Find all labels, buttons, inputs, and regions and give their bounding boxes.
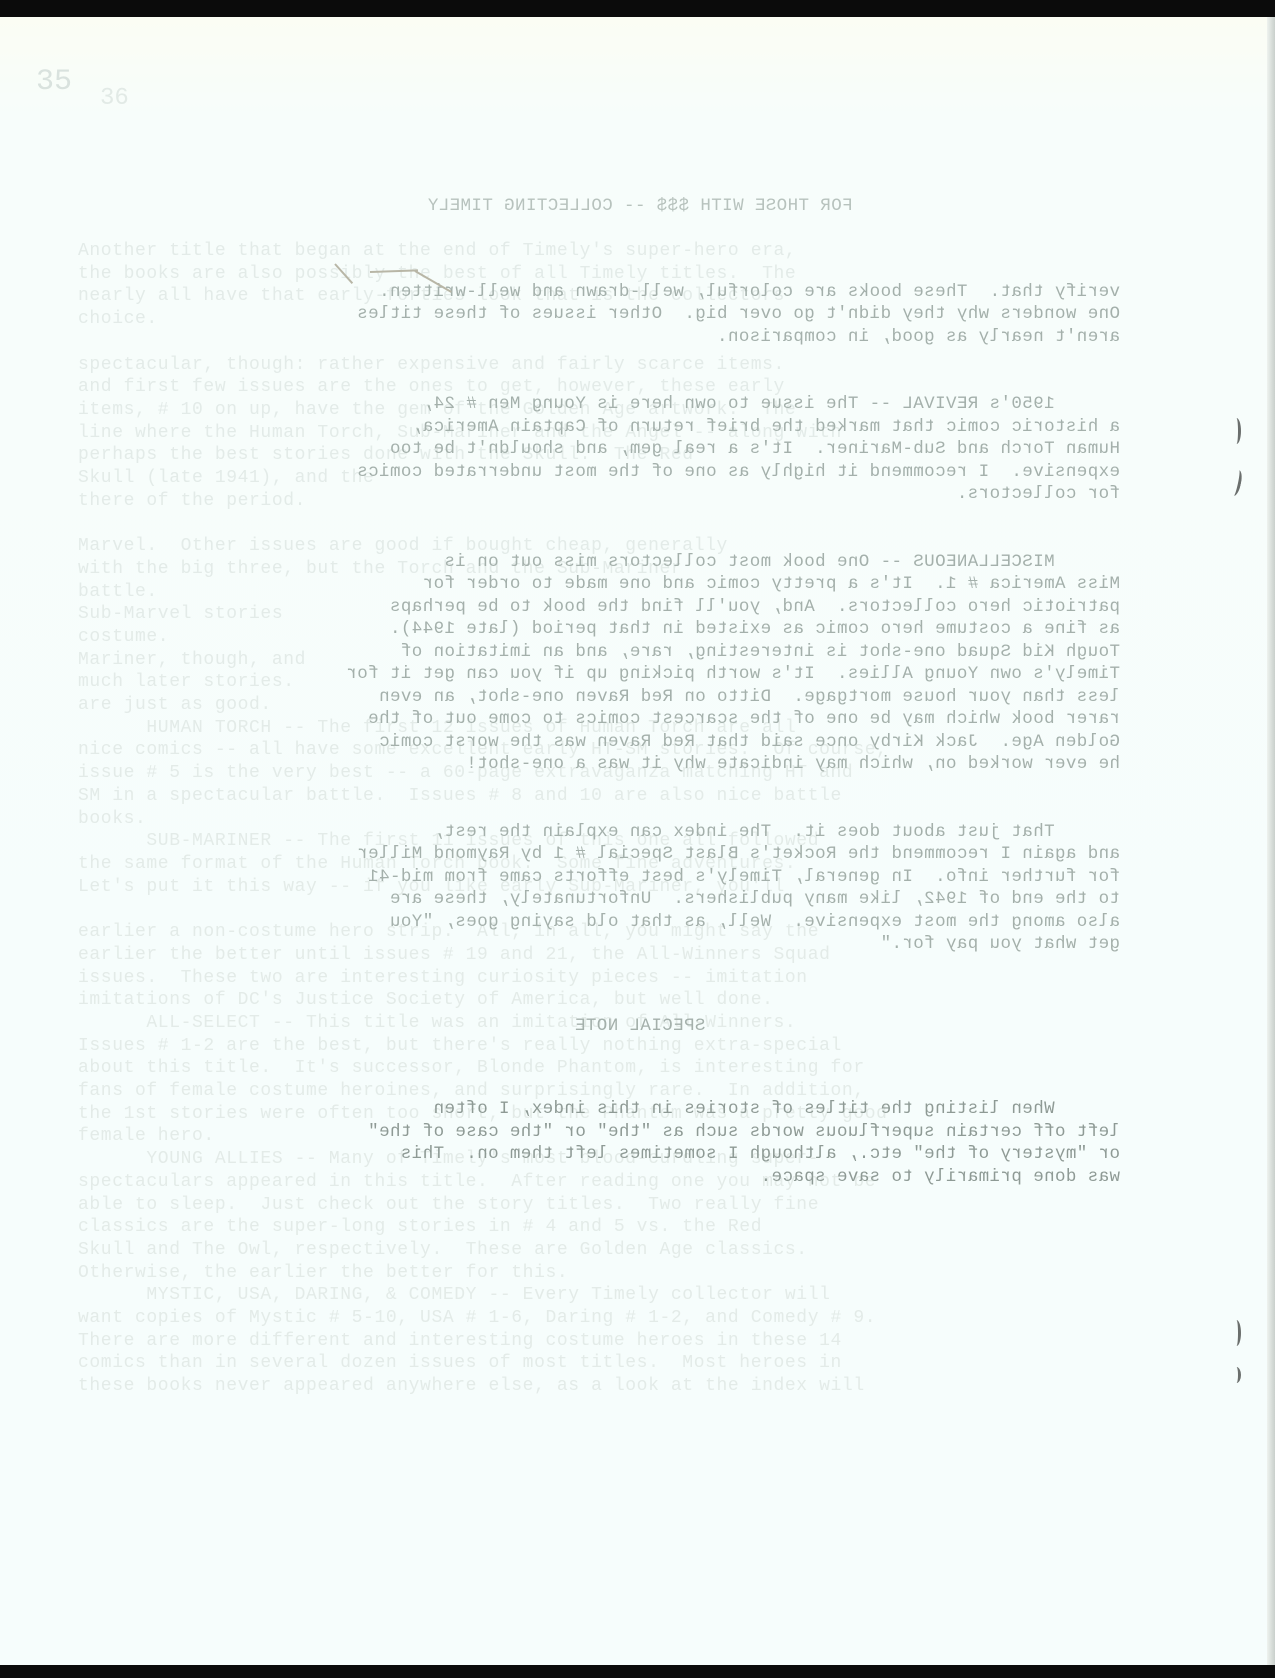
front-text-line: There are more different and interesting… bbox=[78, 1330, 1058, 1353]
special-note-text: When listing the titles of stories in th… bbox=[160, 1098, 1120, 1188]
front-text-line: classics are the super-long stories in #… bbox=[78, 1216, 1058, 1239]
front-text-line: Skull and The Owl, respectively. These a… bbox=[78, 1239, 1058, 1262]
bleed-paragraph: MISCELLANEOUS -- One book most collector… bbox=[160, 551, 1120, 776]
page-number-bleed: 36 bbox=[100, 85, 129, 112]
special-note-heading: SPECIAL NOTE bbox=[160, 1015, 1120, 1038]
front-text-line: MYSTIC, USA, DARING, & COMEDY -- Every T… bbox=[78, 1284, 1058, 1307]
page-number-faint: 35 bbox=[36, 65, 72, 99]
bleed-paragraph: verify that. These books are colorful, w… bbox=[160, 281, 1120, 349]
bleed-through-text: FOR THOSE WITH $$$ -- COLLECTING TIMELY … bbox=[160, 150, 1120, 1211]
bleed-header: FOR THOSE WITH $$$ -- COLLECTING TIMELY bbox=[160, 195, 1120, 218]
front-text-line: want copies of Mystic # 5-10, USA # 1-6,… bbox=[78, 1307, 1058, 1330]
page-edge bbox=[1267, 17, 1275, 1665]
bleed-paragraph: That just about does it. The index can e… bbox=[160, 821, 1120, 956]
front-text-line: these books never appeared anywhere else… bbox=[78, 1375, 1058, 1398]
front-text-line: comics than in several dozen issues of m… bbox=[78, 1352, 1058, 1375]
bleed-paragraph: 1950's REVIVAL -- The issue to own here … bbox=[160, 393, 1120, 506]
staple-mark bbox=[1232, 1320, 1241, 1346]
staple-mark bbox=[1232, 418, 1241, 444]
staple-mark bbox=[1232, 1367, 1241, 1383]
front-text-line: Otherwise, the earlier the better for th… bbox=[78, 1262, 1058, 1285]
